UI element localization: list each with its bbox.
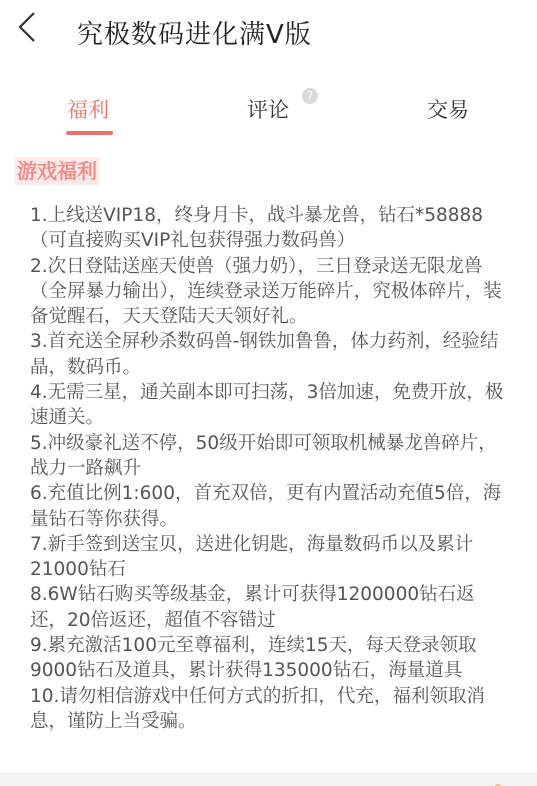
bottom-divider <box>0 773 537 786</box>
list-item: 4.无需三星，通关副本即可扫荡，3倍加速，免费开放，极速通关。 <box>30 380 510 431</box>
header-bar: 究极数码进化满V版 <box>0 0 537 70</box>
welfare-list: 1.上线送VIP18，终身月卡，战斗暴龙兽，钻石*58888（可直接购买VIP礼… <box>30 203 510 734</box>
tab-bar: 福利 评论 7 交易 <box>0 88 537 136</box>
list-item: 10.请勿相信游戏中任何方式的折扣，代充，福利领取消息，谨防上当受骗。 <box>30 684 510 735</box>
back-button[interactable] <box>14 10 44 44</box>
list-item: 9.累充激活100元至尊福利，连续15天，每天登录领取9000钻石及道具，累计获… <box>30 633 510 684</box>
page-title: 究极数码进化满V版 <box>77 14 312 51</box>
tab-welfare[interactable]: 福利 <box>67 94 109 124</box>
list-item: 8.6W钻石购买等级基金，累计可获得1200000钻石返还，20倍返还，超值不容… <box>30 582 510 633</box>
list-item: 3.首充送全屏秒杀数码兽-钢铁加鲁鲁，体力药剂，经验结晶，数码币。 <box>30 329 510 380</box>
tab-trade[interactable]: 交易 <box>427 94 469 124</box>
list-item: 6.充值比例1:600，首充双倍，更有内置活动充值5倍，海量钻石等你获得。 <box>30 481 510 532</box>
list-item: 7.新手签到送宝贝，送进化钥匙，海量数码币以及累计21000钻石 <box>30 532 510 583</box>
active-tab-indicator <box>66 131 113 135</box>
tab-comments[interactable]: 评论 <box>247 94 289 124</box>
comment-count-badge: 7 <box>302 88 318 104</box>
decorative-icon <box>490 776 520 786</box>
chevron-left-icon <box>14 10 44 44</box>
list-item: 1.上线送VIP18，终身月卡，战斗暴龙兽，钻石*58888（可直接购买VIP礼… <box>30 203 510 254</box>
section-title: 游戏福利 <box>15 157 99 185</box>
list-item: 2.次日登陆送座天使兽（强力奶），三日登录送无限龙兽（全屏暴力输出），连续登录送… <box>30 254 510 330</box>
list-item: 5.冲级豪礼送不停，50级开始即可领取机械暴龙兽碎片，战力一路飙升 <box>30 431 510 482</box>
